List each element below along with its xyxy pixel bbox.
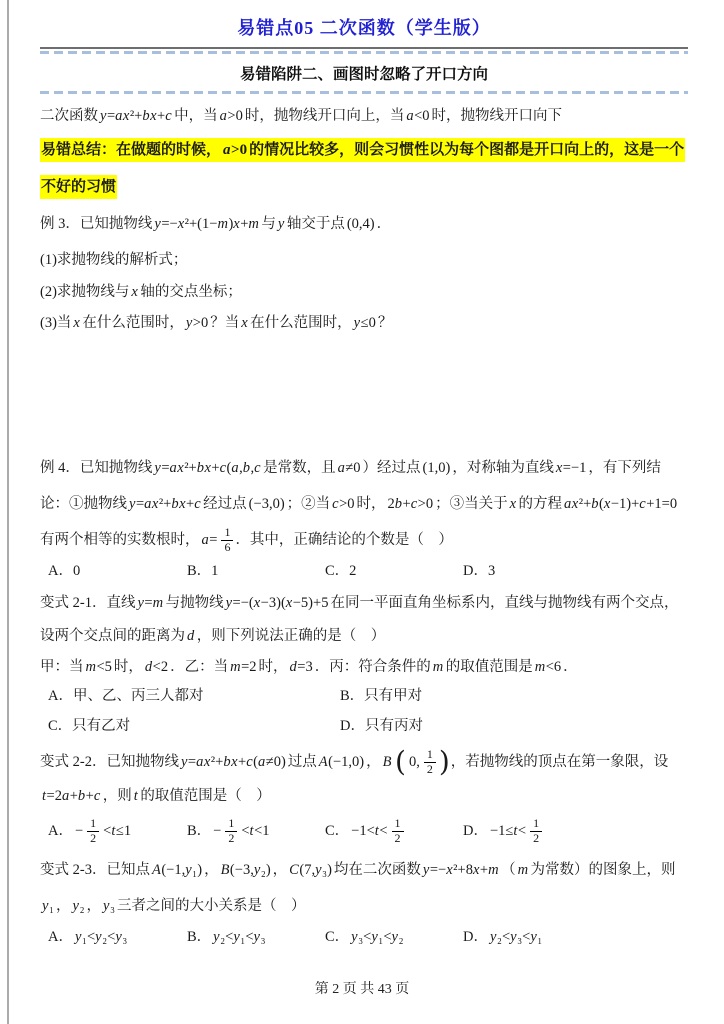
page-number-footer: 第 2 页 共 43 页 (0, 978, 724, 998)
variant22-options-row: A．−12<t≤1 B．−12<t<1 C．−1<t<12 D．−1≤t<12 (40, 814, 688, 848)
example3-questions: (1)求抛物线的解析式； (2)求抛物线与x轴的交点坐标； (3)当x在什么范围… (40, 245, 688, 340)
example3-problem: 例 3．已知抛物线y=−x²+(1−m)x+m与y轴交于点(0,4)． (40, 209, 688, 239)
intro-paragraph: 二次函数y=ax²+bx+c中，当a>0时，抛物线开口向上，当a<0时，抛物线开… (40, 101, 688, 131)
section-heading: 易错陷阱二、画图时忽略了开口方向 (40, 62, 688, 84)
section-divider-dashed-top (40, 51, 688, 54)
variant21-option-d: D．只有丙对 (340, 711, 688, 741)
variant21-options-row-1: A．甲、乙、丙三人都对 B．只有甲对 (40, 681, 688, 711)
variant21-problem: 变式 2-1．直线y=m与抛物线y=−(x−3)(x−5)+5在同一平面直角坐标… (40, 587, 688, 653)
doc-title: 易错点05 二次函数（学生版） (40, 14, 688, 40)
variant23-option-b: B．y₂<y₁<y₃ (187, 925, 325, 950)
variant23-option-c: C．y₃<y₁<y₂ (325, 925, 463, 950)
example3-question-1: (1)求抛物线的解析式； (40, 245, 688, 277)
variant22-option-b: B．−12<t<1 (187, 814, 325, 848)
variant23-option-d: D．y₂<y₃<y₁ (463, 925, 688, 950)
example4-option-d: D．3 (463, 559, 688, 584)
variant21-claims: 甲：当m<5时，d<2．乙：当m=2时，d=3．丙：符合条件的m的取值范围是m<… (40, 654, 688, 681)
example3-question-3: (3)当x在什么范围时，y>0？当x在什么范围时，y≤0？ (40, 308, 688, 340)
variant22-option-c: C．−1<t<12 (325, 814, 463, 848)
blank-answer-space (40, 340, 688, 450)
variant23-problem: 变式 2-3．已知点A(−1,y₁)，B(−3,y₂)，C(7,y₃)均在二次函… (40, 852, 688, 924)
example4-option-a: A．0 (48, 559, 187, 584)
variant21-options-row-2: C．只有乙对 D．只有丙对 (40, 711, 688, 741)
variant22-problem: 变式 2-2．已知抛物线y=ax²+bx+c(a≠0)过点A(−1,0)，B(0… (40, 745, 688, 813)
variant21-option-c: C．只有乙对 (48, 711, 340, 741)
error-summary-paragraph: 易错总结：在做题的时候，a>0的情况比较多，则会习惯性以为每个图都是开口向上的，… (40, 132, 688, 206)
variant23-option-a: A．y₁<y₂<y₃ (48, 925, 187, 950)
highlighted-summary-text: 易错总结：在做题的时候，a>0的情况比较多，则会习惯性以为每个图都是开口向上的，… (40, 138, 685, 199)
example4-option-c: C．2 (325, 559, 463, 584)
example4-problem: 例 4．已知抛物线y=ax²+bx+c(a,b,c是常数，且a≠0）经过点(1,… (40, 450, 688, 558)
document-page: 易错点05 二次函数（学生版） 易错陷阱二、画图时忽略了开口方向 二次函数y=a… (0, 0, 724, 1024)
variant21-option-a: A．甲、乙、丙三人都对 (48, 681, 340, 711)
variant22-option-a: A．−12<t≤1 (48, 814, 187, 848)
example4-options-row: A．0 B．1 C．2 D．3 (40, 559, 688, 584)
section-divider-solid (40, 47, 688, 49)
variant21-option-b: B．只有甲对 (340, 681, 688, 711)
example3-question-2: (2)求抛物线与x轴的交点坐标； (40, 277, 688, 309)
variant23-options-row: A．y₁<y₂<y₃ B．y₂<y₁<y₃ C．y₃<y₁<y₂ D．y₂<y₃… (40, 925, 688, 950)
example4-option-b: B．1 (187, 559, 325, 584)
variant22-option-d: D．−1≤t<12 (463, 814, 688, 848)
section-divider-dashed-bottom (40, 91, 688, 94)
